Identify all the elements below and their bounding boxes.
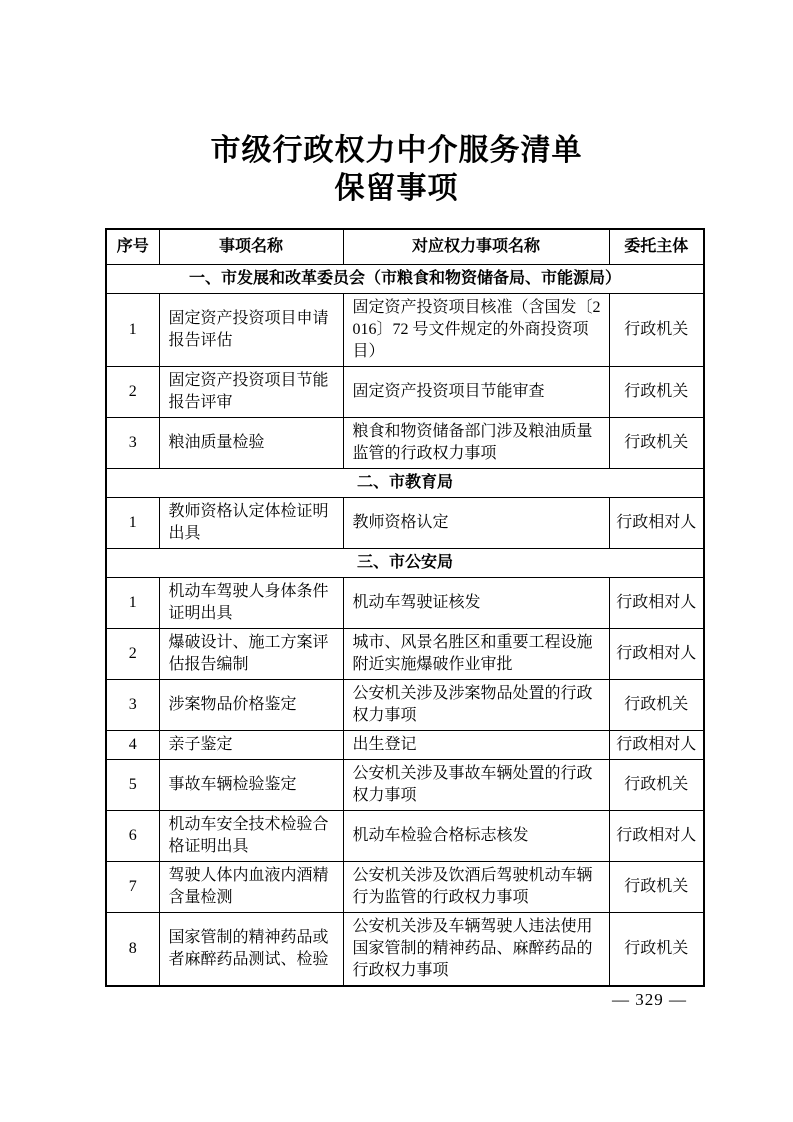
cell-principal: 行政相对人 [609, 498, 704, 549]
column-header-power-name: 对应权力事项名称 [343, 229, 609, 265]
section-header-row: 三、市公安局 [106, 549, 704, 578]
cell-item-name: 粮油质量检验 [159, 418, 343, 469]
cell-seq: 5 [106, 760, 159, 811]
cell-item-name: 固定资产投资项目节能报告评审 [159, 367, 343, 418]
cell-seq: 4 [106, 731, 159, 760]
table-row: 2爆破设计、施工方案评估报告编制城市、风景名胜区和重要工程设施附近实施爆破作业审… [106, 629, 704, 680]
section-title: 一、市发展和改革委员会（市粮食和物资储备局、市能源局） [106, 265, 704, 294]
cell-item-name: 机动车驾驶人身体条件证明出具 [159, 578, 343, 629]
page-number: — 329 — [612, 990, 687, 1010]
section-title: 三、市公安局 [106, 549, 704, 578]
cell-power-name: 城市、风景名胜区和重要工程设施附近实施爆破作业审批 [343, 629, 609, 680]
cell-seq: 2 [106, 629, 159, 680]
cell-item-name: 固定资产投资项目申请报告评估 [159, 294, 343, 367]
table-header-row: 序号 事项名称 对应权力事项名称 委托主体 [106, 229, 704, 265]
cell-item-name: 国家管制的精神药品或者麻醉药品测试、检验 [159, 913, 343, 987]
title-line-1: 市级行政权力中介服务清单 [0, 132, 793, 170]
table-row: 1教师资格认定体检证明出具教师资格认定行政相对人 [106, 498, 704, 549]
cell-power-name: 公安机关涉及车辆驾驶人违法使用国家管制的精神药品、麻醉药品的行政权力事项 [343, 913, 609, 987]
cell-principal: 行政相对人 [609, 731, 704, 760]
cell-principal: 行政相对人 [609, 578, 704, 629]
column-header-item-name: 事项名称 [159, 229, 343, 265]
cell-principal: 行政相对人 [609, 629, 704, 680]
cell-seq: 7 [106, 862, 159, 913]
table-row: 3涉案物品价格鉴定公安机关涉及涉案物品处置的行政权力事项行政机关 [106, 680, 704, 731]
cell-principal: 行政机关 [609, 913, 704, 987]
cell-seq: 1 [106, 294, 159, 367]
cell-seq: 3 [106, 418, 159, 469]
section-header-row: 二、市教育局 [106, 469, 704, 498]
cell-power-name: 公安机关涉及涉案物品处置的行政权力事项 [343, 680, 609, 731]
table-row: 7驾驶人体内血液内酒精含量检测公安机关涉及饮酒后驾驶机动车辆行为监管的行政权力事… [106, 862, 704, 913]
title-line-2: 保留事项 [0, 170, 793, 208]
table-row: 5事故车辆检验鉴定公安机关涉及事故车辆处置的行政权力事项行政机关 [106, 760, 704, 811]
cell-principal: 行政机关 [609, 418, 704, 469]
table-row: 3粮油质量检验粮食和物资储备部门涉及粮油质量监管的行政权力事项行政机关 [106, 418, 704, 469]
table-row: 6机动车安全技术检验合格证明出具机动车检验合格标志核发行政相对人 [106, 811, 704, 862]
cell-seq: 6 [106, 811, 159, 862]
cell-power-name: 公安机关涉及事故车辆处置的行政权力事项 [343, 760, 609, 811]
cell-item-name: 涉案物品价格鉴定 [159, 680, 343, 731]
column-header-seq: 序号 [106, 229, 159, 265]
section-header-row: 一、市发展和改革委员会（市粮食和物资储备局、市能源局） [106, 265, 704, 294]
table-row: 4亲子鉴定出生登记行政相对人 [106, 731, 704, 760]
cell-principal: 行政机关 [609, 680, 704, 731]
cell-seq: 8 [106, 913, 159, 987]
cell-power-name: 教师资格认定 [343, 498, 609, 549]
table-row: 2固定资产投资项目节能报告评审固定资产投资项目节能审查行政机关 [106, 367, 704, 418]
document-title: 市级行政权力中介服务清单 保留事项 [0, 132, 793, 208]
cell-principal: 行政机关 [609, 862, 704, 913]
cell-seq: 1 [106, 498, 159, 549]
cell-power-name: 机动车检验合格标志核发 [343, 811, 609, 862]
table-row: 8国家管制的精神药品或者麻醉药品测试、检验公安机关涉及车辆驾驶人违法使用国家管制… [106, 913, 704, 987]
table-row: 1机动车驾驶人身体条件证明出具机动车驾驶证核发行政相对人 [106, 578, 704, 629]
cell-item-name: 爆破设计、施工方案评估报告编制 [159, 629, 343, 680]
document-page: 市级行政权力中介服务清单 保留事项 序号 事项名称 对应权力事项名称 委托主体 … [0, 0, 793, 1122]
cell-seq: 1 [106, 578, 159, 629]
column-header-principal: 委托主体 [609, 229, 704, 265]
cell-item-name: 亲子鉴定 [159, 731, 343, 760]
table-body: 一、市发展和改革委员会（市粮食和物资储备局、市能源局）1固定资产投资项目申请报告… [106, 265, 704, 987]
cell-seq: 2 [106, 367, 159, 418]
cell-item-name: 驾驶人体内血液内酒精含量检测 [159, 862, 343, 913]
cell-item-name: 机动车安全技术检验合格证明出具 [159, 811, 343, 862]
cell-principal: 行政机关 [609, 367, 704, 418]
cell-item-name: 教师资格认定体检证明出具 [159, 498, 343, 549]
cell-power-name: 机动车驾驶证核发 [343, 578, 609, 629]
section-title: 二、市教育局 [106, 469, 704, 498]
cell-power-name: 公安机关涉及饮酒后驾驶机动车辆行为监管的行政权力事项 [343, 862, 609, 913]
cell-item-name: 事故车辆检验鉴定 [159, 760, 343, 811]
cell-power-name: 固定资产投资项目节能审查 [343, 367, 609, 418]
cell-principal: 行政机关 [609, 294, 704, 367]
cell-principal: 行政机关 [609, 760, 704, 811]
cell-principal: 行政相对人 [609, 811, 704, 862]
cell-seq: 3 [106, 680, 159, 731]
cell-power-name: 粮食和物资储备部门涉及粮油质量监管的行政权力事项 [343, 418, 609, 469]
cell-power-name: 出生登记 [343, 731, 609, 760]
table-row: 1固定资产投资项目申请报告评估固定资产投资项目核准（含国发〔2016〕72 号文… [106, 294, 704, 367]
cell-power-name: 固定资产投资项目核准（含国发〔2016〕72 号文件规定的外商投资项目） [343, 294, 609, 367]
service-list-table: 序号 事项名称 对应权力事项名称 委托主体 一、市发展和改革委员会（市粮食和物资… [105, 228, 705, 987]
